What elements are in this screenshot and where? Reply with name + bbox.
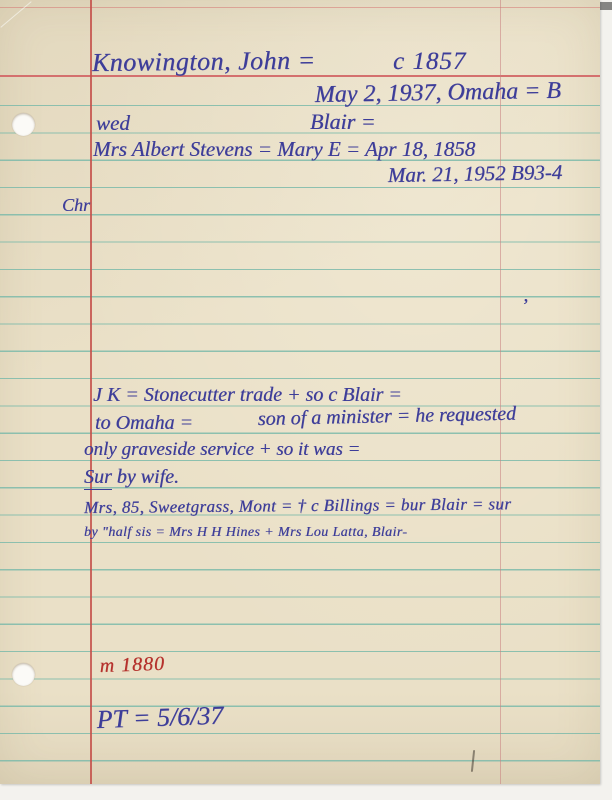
underlined-sur: Sur <box>84 466 112 490</box>
scanned-notebook-page: Knowington, John = c 1857 May 2, 1937, O… <box>0 0 612 800</box>
punch-hole-bottom <box>12 663 35 686</box>
note-to-omaha: to Omaha = <box>95 413 193 433</box>
note-half-sisters: by "half sis = Mrs H H Hines + Mrs Lou L… <box>84 526 407 540</box>
red-margin-line-right <box>500 0 501 784</box>
marriage-year-red-note: m 1880 <box>99 654 165 676</box>
note-widow: Mrs, 85, Sweetgrass, Mont = † c Billings… <box>84 495 512 516</box>
wed-label: wed <box>96 113 130 134</box>
note-survived-by: Sur by wife. <box>84 467 179 487</box>
stray-ink-mark: ’ <box>521 296 528 316</box>
children-label: Chr <box>62 196 90 214</box>
note-minister: son of a minister = he requested <box>258 404 517 429</box>
wed-place: Blair = <box>310 111 376 133</box>
scan-edge-artifact <box>600 2 612 10</box>
note-occupation: J K = Stonecutter trade + so c Blair = <box>93 385 402 405</box>
spouse-line: Mrs Albert Stevens = Mary E = Apr 18, 18… <box>93 139 475 160</box>
source-citation: PT = 5/6/37 <box>96 703 224 733</box>
red-margin-line-left <box>90 0 92 784</box>
survived-by-rest: by wife. <box>112 466 179 488</box>
spouse-death-line: Mar. 21, 1952 B93-4 <box>388 162 563 186</box>
entry-name: Knowington, John = <box>92 48 316 76</box>
punch-hole-top <box>12 113 35 136</box>
death-date-line: May 2, 1937, Omaha = B <box>315 79 562 107</box>
paper-sheet: Knowington, John = c 1857 May 2, 1937, O… <box>0 0 600 784</box>
note-graveside: only graveside service + so it was = <box>84 440 360 459</box>
paper-crease <box>0 1 31 27</box>
birth-year: c 1857 <box>393 49 466 74</box>
